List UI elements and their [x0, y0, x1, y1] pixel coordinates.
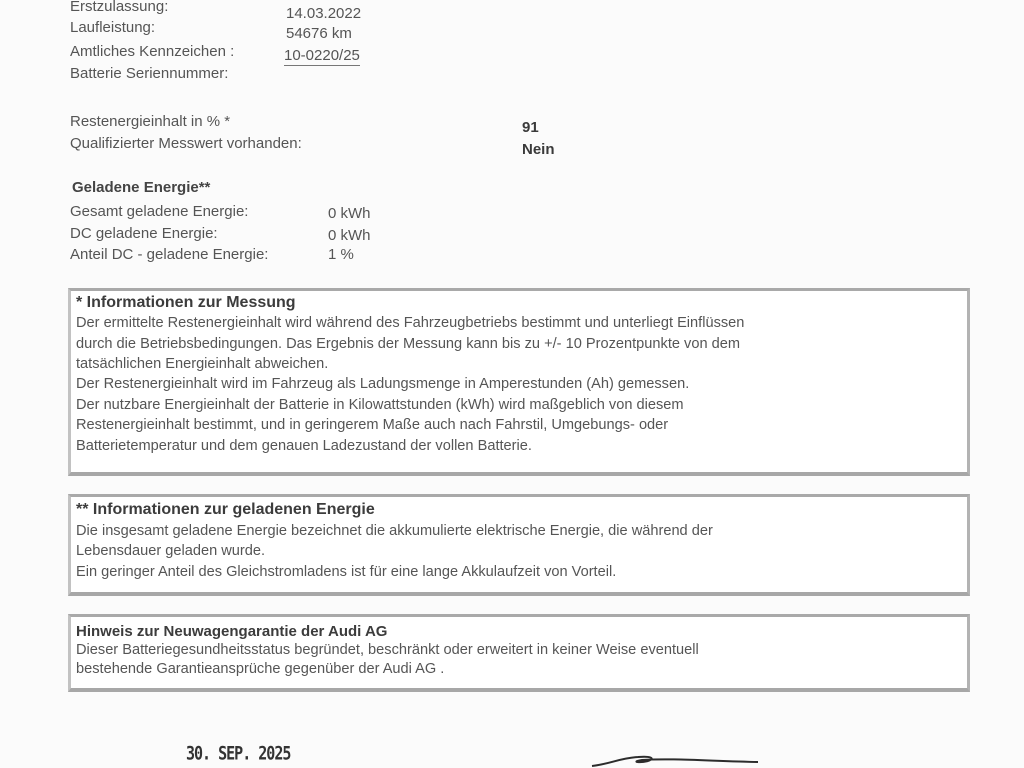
total-charged-label: Gesamt geladene Energie:	[70, 202, 248, 221]
dc-share-label: Anteil DC - geladene Energie:	[70, 245, 268, 264]
registration-date-value: 14.03.2022	[286, 4, 361, 23]
battery-serial-label: Batterie Seriennummer:	[70, 64, 228, 83]
warranty-notice-box: Hinweis zur Neuwagengarantie der Audi AG…	[68, 614, 970, 692]
measurement-info-line: tatsächlichen Energieinhalt abweichen.	[76, 355, 961, 374]
dc-share-value: 1 %	[328, 245, 354, 264]
dc-charged-label: DC geladene Energie:	[70, 224, 218, 243]
warranty-notice-title: Hinweis zur Neuwagengarantie der Audi AG	[76, 622, 961, 641]
registration-date-label: Erstzulassung:	[70, 0, 168, 16]
measurement-info-line: Batterietemperatur und dem genauen Ladez…	[76, 436, 961, 456]
qualified-measurement-value: Nein	[522, 140, 555, 159]
qualified-measurement-label: Qualifizierter Messwert vorhanden:	[70, 134, 302, 153]
measurement-info-line: Restenergieinhalt bestimmt, und in gerin…	[76, 415, 961, 436]
measurement-info-line: durch die Betriebsbedingungen. Das Ergeb…	[76, 334, 961, 355]
license-plate-label: Amtliches Kennzeichen :	[70, 42, 234, 61]
remaining-energy-value: 91	[522, 118, 539, 137]
warranty-notice-line: bestehende Garantieansprüche gegenüber d…	[76, 660, 961, 679]
charged-energy-info-line: Ein geringer Anteil des Gleichstromladen…	[76, 561, 961, 583]
measurement-info-line: Der nutzbare Energieinhalt der Batterie …	[76, 395, 961, 415]
battery-health-certificate: Erstzulassung: 14.03.2022 Laufleistung: …	[0, 0, 1024, 768]
charged-energy-info-box: ** Informationen zur geladenen Energie D…	[68, 494, 970, 596]
charged-energy-info-line: Die insgesamt geladene Energie bezeichne…	[76, 521, 961, 542]
charged-energy: Geladene Energie** Gesamt geladene Energ…	[70, 178, 410, 264]
measurement-info-line: Der ermittelte Restenergieinhalt wird wä…	[76, 313, 961, 334]
total-charged-value: 0 kWh	[328, 204, 371, 223]
vehicle-info: Erstzulassung: 14.03.2022 Laufleistung: …	[70, 0, 410, 86]
battery-measurement: Restenergieinhalt in % * 91 Qualifiziert…	[70, 112, 590, 158]
date-stamp: 30. SEP. 2025	[186, 742, 290, 765]
mileage-value: 54676 km	[286, 24, 352, 43]
signature-icon	[590, 748, 760, 768]
charged-energy-info-line: Lebensdauer geladen wurde.	[76, 542, 961, 561]
measurement-info-title: * Informationen zur Messung	[76, 293, 961, 313]
measurement-info-box: * Informationen zur Messung Der ermittel…	[68, 288, 970, 476]
measurement-info-line: Der Restenergieinhalt wird im Fahrzeug a…	[76, 374, 961, 395]
remaining-energy-label: Restenergieinhalt in % *	[70, 112, 230, 131]
license-plate-value: 10-0220/25	[284, 46, 360, 66]
dc-charged-value: 0 kWh	[328, 226, 371, 245]
mileage-label: Laufleistung:	[70, 18, 155, 37]
charged-energy-title: Geladene Energie**	[72, 178, 210, 197]
warranty-notice-line: Dieser Batteriegesundheitsstatus begründ…	[76, 641, 961, 660]
charged-energy-info-title: ** Informationen zur geladenen Energie	[76, 499, 961, 521]
